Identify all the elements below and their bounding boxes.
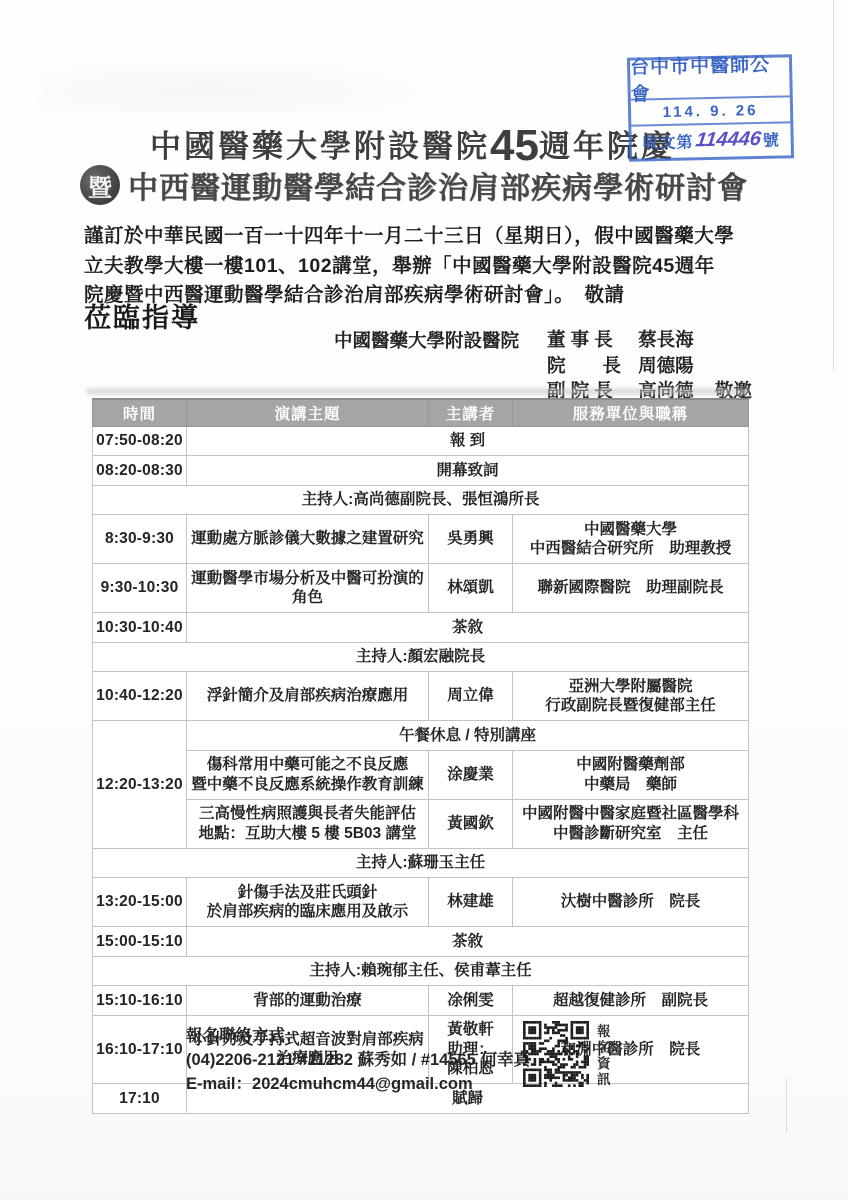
time-cell-line: 13:20-15:00 bbox=[96, 892, 183, 912]
time-cell-line: 07:50-08:20 bbox=[96, 431, 183, 451]
scan-smudge bbox=[40, 55, 460, 115]
time-cell: 16:10-17:10 bbox=[93, 1015, 187, 1084]
schedule-multi-row: 傷科常用中藥可能之不良反應暨中藥不良反應系統操作教育訓練涂慶業中國附醫藥劑部中藥… bbox=[93, 750, 749, 799]
event-cell-line: 茶敘 bbox=[190, 932, 745, 952]
ji-badge-icon: 暨 bbox=[80, 165, 120, 205]
officer-line: 院 長 周德陽 bbox=[547, 353, 752, 379]
time-cell: 13:20-15:00 bbox=[93, 878, 187, 927]
schedule-talk-row: 13:20-15:00針傷手法及莊氏頭針於肩部疾病的臨床應用及啟示林建雄汏樹中醫… bbox=[93, 878, 749, 927]
schedule-chair-row: 主持人:顏宏融院長 bbox=[93, 642, 749, 672]
time-cell: 12:20-13:20 bbox=[93, 721, 187, 849]
time-cell: 9:30-10:30 bbox=[93, 564, 187, 613]
document-title-line2: 暨 中西醫運動醫學結合診治肩部疾病學術研討會 bbox=[80, 163, 748, 207]
chair-cell: 主持人:高尚德副院長、張恒鴻所長 bbox=[93, 485, 749, 515]
officer-name: 蔡長海 bbox=[638, 329, 694, 350]
officer-name: 周德陽 bbox=[638, 355, 694, 376]
schedule-multi-row: 12:20-13:20午餐休息 / 特別講座 bbox=[93, 721, 749, 751]
chair-cell: 主持人:蘇珊玉主任 bbox=[93, 848, 749, 878]
schedule-chair-row: 主持人:蘇珊玉主任 bbox=[93, 848, 749, 878]
event-cell: 開幕致詞 bbox=[187, 456, 749, 486]
speaker-cell-line: 林頌凱 bbox=[432, 578, 509, 598]
topic-cell-line: 運動醫學市場分析及中醫可扮演的角色 bbox=[190, 569, 425, 608]
officer-title: 董 事 長 bbox=[547, 327, 633, 353]
qr-label: 報名資訊 bbox=[597, 1021, 612, 1088]
schedule-event-row: 10:30-10:40茶敘 bbox=[93, 613, 749, 643]
topic-cell: 三高慢性病照護與長者失能評估地點：互助大樓 5 樓 5B03 講堂 bbox=[187, 799, 429, 848]
speaker-cell-line: 涂慶業 bbox=[432, 765, 509, 785]
registration-contact: 報名聯絡方式： (04)2206-2121 #11282 蘇秀如 / #1456… bbox=[186, 1024, 530, 1096]
scan-artifact-line bbox=[786, 1078, 787, 1133]
topic-cell-line: 於肩部疾病的臨床應用及啟示 bbox=[190, 902, 425, 922]
schedule-table: 時間 演講主題 主講者 服務單位與職稱 07:50-08:20報 到08:20-… bbox=[92, 398, 749, 1114]
topic-cell-line: 針傷手法及莊氏頭針 bbox=[190, 883, 425, 903]
schedule-talk-row: 8:30-9:30運動處方脈診儀大數據之建置研究吳勇興中國醫藥大學中西醫結合研究… bbox=[93, 515, 749, 564]
stamp-org: 台中市中醫師公會 bbox=[630, 57, 790, 100]
speaker-cell-line: 凃俐雯 bbox=[432, 991, 509, 1011]
time-cell-line: 15:10-16:10 bbox=[96, 991, 183, 1011]
topic-cell-line: 背部的運動治療 bbox=[190, 991, 425, 1011]
topic-cell-line: 運動處方脈診儀大數據之建置研究 bbox=[190, 529, 425, 549]
event-cell: 茶敘 bbox=[187, 613, 749, 643]
stamp-received-suffix: 號 bbox=[763, 127, 780, 150]
schedule-event-row: 07:50-08:20報 到 bbox=[93, 426, 749, 456]
speaker-cell: 林建雄 bbox=[429, 878, 513, 927]
closing-phrase: 莅臨指導 bbox=[84, 296, 200, 335]
header-topic: 演講主題 bbox=[187, 399, 429, 426]
time-cell-line: 8:30-9:30 bbox=[96, 529, 183, 549]
contact-phone-line: (04)2206-2121 #11282 蘇秀如 / #14565 何幸真 bbox=[186, 1048, 530, 1072]
header-speaker: 主講者 bbox=[429, 399, 513, 426]
unit-cell-line: 中國醫藥大學 bbox=[516, 520, 745, 540]
topic-cell-line: 暨中藥不良反應系統操作教育訓練 bbox=[190, 775, 425, 795]
chair-cell-line: 主持人:賴琬郁主任、侯甫葦主任 bbox=[96, 961, 745, 981]
schedule-talk-row: 10:40-12:20浮針簡介及肩部疾病治療應用周立偉亞洲大學附屬醫院行政副院長… bbox=[93, 672, 749, 721]
chair-cell: 主持人:賴琬郁主任、侯甫葦主任 bbox=[93, 956, 749, 986]
topic-cell: 運動處方脈診儀大數據之建置研究 bbox=[187, 515, 429, 564]
scanned-document-page: 台中市中醫師公會 114. 9. 26 收文第 114446 號 中國醫藥大學附… bbox=[0, 0, 848, 1200]
time-cell: 15:10-16:10 bbox=[93, 986, 187, 1016]
chair-cell: 主持人:顏宏融院長 bbox=[93, 642, 749, 672]
time-cell: 08:20-08:30 bbox=[93, 456, 187, 486]
topic-cell-line: 三高慢性病照護與長者失能評估 bbox=[190, 804, 425, 824]
unit-cell-line: 汏樹中醫診所 院長 bbox=[516, 892, 745, 912]
speaker-cell: 涂慶業 bbox=[429, 750, 513, 799]
speaker-cell: 周立偉 bbox=[429, 672, 513, 721]
received-stamp: 台中市中醫師公會 114. 9. 26 收文第 114446 號 bbox=[627, 54, 794, 161]
topic-cell: 運動醫學市場分析及中醫可扮演的角色 bbox=[187, 564, 429, 613]
schedule-chair-row: 主持人:高尚德副院長、張恒鴻所長 bbox=[93, 485, 749, 515]
speaker-cell-line: 吳勇興 bbox=[432, 529, 509, 549]
scan-artifact-line bbox=[833, 0, 834, 370]
stamp-received-prefix: 收文第 bbox=[642, 129, 693, 153]
unit-cell-line: 中藥局 藥師 bbox=[516, 775, 745, 795]
time-cell-line: 9:30-10:30 bbox=[96, 578, 183, 598]
schedule-multi-row: 三高慢性病照護與長者失能評估地點：互助大樓 5 樓 5B03 講堂黃國欽中國附醫… bbox=[93, 799, 749, 848]
qr-code-icon bbox=[523, 1021, 589, 1087]
stamp-received-number-handwritten: 114446 bbox=[694, 127, 762, 151]
header-time: 時間 bbox=[93, 399, 187, 426]
speaker-cell-line: 林建雄 bbox=[432, 892, 509, 912]
time-cell-line: 15:00-15:10 bbox=[96, 932, 183, 952]
time-cell-line: 10:30-10:40 bbox=[96, 618, 183, 638]
unit-cell: 汏樹中醫診所 院長 bbox=[513, 878, 749, 927]
time-cell: 07:50-08:20 bbox=[93, 426, 187, 456]
unit-cell-line: 超越復健診所 副院長 bbox=[516, 991, 745, 1011]
unit-cell-line: 中醫診斷研究室 主任 bbox=[516, 824, 745, 844]
officer-line: 董 事 長 蔡長海 bbox=[547, 327, 752, 353]
schedule-event-row: 15:00-15:10茶敘 bbox=[93, 927, 749, 957]
schedule-chair-row: 主持人:賴琬郁主任、侯甫葦主任 bbox=[93, 956, 749, 986]
speaker-cell-line: 周立偉 bbox=[432, 686, 509, 706]
schedule-header-row: 時間 演講主題 主講者 服務單位與職稱 bbox=[93, 399, 749, 426]
schedule-talk-row: 15:10-16:10背部的運動治療凃俐雯超越復健診所 副院長 bbox=[93, 986, 749, 1016]
topic-cell-line: 地點：互助大樓 5 樓 5B03 講堂 bbox=[190, 824, 425, 844]
time-cell: 17:10 bbox=[93, 1084, 187, 1114]
unit-cell-line: 中國附醫藥劑部 bbox=[516, 755, 745, 775]
unit-cell: 中國醫藥大學中西醫結合研究所 助理教授 bbox=[513, 515, 749, 564]
officer-title: 院 長 bbox=[547, 353, 633, 379]
event-cell-line: 報 到 bbox=[190, 431, 745, 451]
chair-cell-line: 主持人:蘇珊玉主任 bbox=[96, 853, 745, 873]
table-top-shadow bbox=[86, 388, 750, 395]
event-cell: 茶敘 bbox=[187, 927, 749, 957]
speaker-cell: 黃國欽 bbox=[429, 799, 513, 848]
chair-cell-line: 主持人:顏宏融院長 bbox=[96, 647, 745, 667]
header-unit: 服務單位與職稱 bbox=[513, 399, 749, 426]
speaker-cell: 林頌凱 bbox=[429, 564, 513, 613]
intro-line: 謹訂於中華民國一百一十四年十一月二十三日（星期日），假中國醫藥大學 bbox=[84, 222, 784, 252]
schedule-event-row: 08:20-08:30開幕致詞 bbox=[93, 456, 749, 486]
time-cell: 15:00-15:10 bbox=[93, 927, 187, 957]
unit-cell: 超越復健診所 副院長 bbox=[513, 986, 749, 1016]
event-cell-line: 茶敘 bbox=[190, 618, 745, 638]
unit-cell-line: 聯新國際醫院 助理副院長 bbox=[516, 578, 745, 598]
unit-cell: 聯新國際醫院 助理副院長 bbox=[513, 564, 749, 613]
banner-cell: 午餐休息 / 特別講座 bbox=[187, 721, 749, 751]
schedule-talk-row: 9:30-10:30運動醫學市場分析及中醫可扮演的角色林頌凱聯新國際醫院 助理副… bbox=[93, 564, 749, 613]
time-cell: 10:30-10:40 bbox=[93, 613, 187, 643]
unit-cell: 中國附醫藥劑部中藥局 藥師 bbox=[513, 750, 749, 799]
topic-cell: 傷科常用中藥可能之不良反應暨中藥不良反應系統操作教育訓練 bbox=[187, 750, 429, 799]
topic-cell-line: 浮針簡介及肩部疾病治療應用 bbox=[190, 686, 425, 706]
unit-cell-line: 中西醫結合研究所 助理教授 bbox=[516, 539, 745, 559]
unit-cell: 中國附醫中醫家庭暨社區醫學科中醫診斷研究室 主任 bbox=[513, 799, 749, 848]
topic-cell: 背部的運動治療 bbox=[187, 986, 429, 1016]
speaker-cell-line: 黃國欽 bbox=[432, 814, 509, 834]
stamp-received-number-row: 收文第 114446 號 bbox=[631, 123, 791, 156]
intro-line: 立夫教學大樓一樓101、102講堂，舉辦「中國醫藥大學附設醫院45週年 bbox=[84, 252, 784, 282]
unit-cell-line: 中國附醫中醫家庭暨社區醫學科 bbox=[516, 804, 745, 824]
contact-email-line: E-mail：2024cmuhcm44@gmail.com bbox=[186, 1072, 530, 1096]
event-cell: 報 到 bbox=[187, 426, 749, 456]
speaker-cell: 凃俐雯 bbox=[429, 986, 513, 1016]
title-line1-pre: 中國醫藥大學附設醫院 bbox=[150, 129, 490, 164]
time-cell: 10:40-12:20 bbox=[93, 672, 187, 721]
time-cell-line: 08:20-08:30 bbox=[96, 461, 183, 481]
unit-cell: 亞洲大學附屬醫院行政副院長暨復健部主任 bbox=[513, 672, 749, 721]
unit-cell-line: 亞洲大學附屬醫院 bbox=[516, 677, 745, 697]
unit-cell-line: 行政副院長暨復健部主任 bbox=[516, 696, 745, 716]
event-cell-line: 開幕致詞 bbox=[190, 461, 745, 481]
topic-cell-line: 傷科常用中藥可能之不良反應 bbox=[190, 755, 425, 775]
time-cell-line: 16:10-17:10 bbox=[96, 1040, 183, 1060]
title-line2-text: 中西醫運動醫學結合診治肩部疾病學術研討會 bbox=[128, 163, 748, 207]
topic-cell: 針傷手法及莊氏頭針於肩部疾病的臨床應用及啟示 bbox=[187, 878, 429, 927]
banner-cell-line: 午餐休息 / 特別講座 bbox=[190, 726, 745, 746]
contact-title: 報名聯絡方式： bbox=[186, 1024, 530, 1048]
registration-qr-block: 報名資訊 bbox=[523, 1021, 612, 1088]
speaker-cell: 吳勇興 bbox=[429, 515, 513, 564]
time-cell-line: 12:20-13:20 bbox=[96, 775, 183, 795]
chair-cell-line: 主持人:高尚德副院長、張恒鴻所長 bbox=[96, 490, 745, 510]
time-cell-line: 17:10 bbox=[96, 1089, 183, 1109]
time-cell-line: 10:40-12:20 bbox=[96, 686, 183, 706]
time-cell: 8:30-9:30 bbox=[93, 515, 187, 564]
topic-cell: 浮針簡介及肩部疾病治療應用 bbox=[187, 672, 429, 721]
